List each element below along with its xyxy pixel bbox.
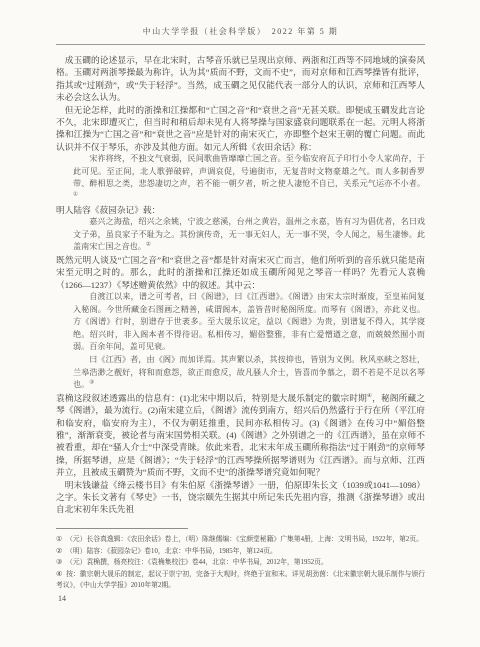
body-paragraph: 但无论怎样，此时的浙操和江操都和“亡国之音”和“衰世之音”无甚关联。即便成玉磵发…: [56, 104, 425, 154]
quote-block: 自渡江以来，谱之可考者，曰《阁谱》，曰《江西谱》。《阁谱》由宋太宗时渐废，至皇祐…: [56, 291, 425, 392]
quote-block: 宋祚将终，不独文气衰弱，民间歌曲皆靡靡亡国之音。至今临安府瓦子印行小令人家尚存，…: [56, 153, 425, 203]
footnote-marker: ①: [56, 536, 62, 543]
footnote-text: （元）袁桷撰，杨亮校注：《袁桷集校注》卷44，北京：中华书局，2012年，第19…: [66, 559, 328, 566]
footnote-item: ③（元）袁桷撰，杨亮校注：《袁桷集校注》卷44，北京：中华书局，2012年，第1…: [56, 558, 425, 569]
body-text-span: 袁桷这段叙述透露出的信息有：(1)北宋中期以后，特别是大晟乐制定的徽宗时期: [56, 393, 367, 403]
footnote-ref-1: ①: [73, 191, 78, 197]
footnote-ref-3: ③: [89, 380, 94, 386]
body-paragraph: 明人陆容《菽园杂记》载：: [56, 204, 425, 216]
footnote-marker: ③: [56, 559, 62, 566]
quote-text: 自渡江以来，谱之可考者，曰《阁谱》，曰《江西谱》。《阁谱》由宋太宗时渐废，至皇祐…: [73, 291, 425, 354]
body-paragraph: 袁桷这段叙述透露出的信息有：(1)北宋中期以后，特别是大晟乐制定的徽宗时期④，秘…: [56, 392, 425, 479]
header-rule: [56, 44, 425, 45]
quote-text-span: 嘉兴之海盐，绍兴之余姚，宁波之慈溪，台州之黄岩，温州之永嘉，皆有习为倡优者，名曰…: [73, 217, 425, 251]
page-number: 14: [58, 594, 66, 603]
body-paragraph: 既然元明人谈及“亡国之音”和“衰世之音”都是针对南宋灭亡而言，他们所听到的音乐就…: [56, 254, 425, 291]
quote-text: 嘉兴之海盐，绍兴之余姚，宁波之慈溪，台州之黄岩，温州之永嘉，皆有习为倡优者，名曰…: [73, 216, 425, 254]
footnote-marker: ②: [56, 548, 62, 555]
quote-text: 曰《江西》者，由《阁》而加详焉。其声繁以杀，其按抑也，皆别为义例。秋风巫峡之怒壮…: [73, 354, 425, 392]
footnote-marker: ④: [56, 571, 62, 578]
quote-text: 宋祚将终，不独文气衰弱，民间歌曲皆靡靡亡国之音。至今临安府瓦子印行小令人家尚存，…: [73, 153, 425, 203]
footnote-text: （元）长谷真逸辑：《农田余话》卷上，（明）陈继儒编：《宝颜堂秘籍》广集第4册，上…: [66, 536, 423, 543]
footnote-item: ④按：徽宗朝大晟乐的制定，起议于崇宁初，完备于大观时，终绝于宣和末。详见胡劲茵：…: [56, 570, 425, 592]
quote-block: 嘉兴之海盐，绍兴之余姚，宁波之慈溪，台州之黄岩，温州之永嘉，皆有习为倡优者，名曰…: [56, 216, 425, 254]
footnote-item: ②（明）陆容：《菽园杂记》卷10，北京：中华书局，1985年，第124页。: [56, 547, 425, 558]
body-paragraph: 成玉磵的论述显示，早在北宋时，古琴音乐就已呈现出京师、两浙和江西等不同地域的演奏…: [56, 54, 425, 104]
text-column: 中山大学学报（社会科学版） 2022 年第 5 期 成玉磵的论述显示，早在北宋时…: [56, 26, 425, 593]
quote-text-span: 宋祚将终，不独文气衰弱，民间歌曲皆靡靡亡国之音。至今临安府瓦子印行小令人家尚存，…: [73, 154, 425, 188]
footnote-ref-2: ②: [146, 242, 151, 248]
journal-page: 中山大学学报（社会科学版） 2022 年第 5 期 成玉磵的论述显示，早在北宋时…: [0, 0, 480, 647]
footnote-item: ①（元）长谷真逸辑：《农田余话》卷上，（明）陈继儒编：《宝颜堂秘籍》广集第4册，…: [56, 535, 425, 546]
footnote-rule: [56, 528, 188, 529]
footnote-text: （明）陆容：《菽园杂记》卷10，北京：中华书局，1985年，第124页。: [66, 548, 277, 555]
quote-text-span: 曰《江西》者，由《阁》而加详焉。其声繁以杀，其按抑也，皆别为义例。秋风巫峡之怒壮…: [73, 355, 425, 389]
running-head: 中山大学学报（社会科学版） 2022 年第 5 期: [56, 26, 425, 44]
body-paragraph: 明末钱谦益《绛云楼书目》有朱伯原《浙操琴谱》一册，伯原即朱长文（1039或104…: [56, 479, 425, 516]
body-text-span: ，秘阁所藏之琴《阁谱》，最为流行。(2)南宋建立后，《阁谱》流传到南方，绍兴后仍…: [56, 393, 425, 477]
footnote-text: 按：徽宗朝大晟乐的制定，起议于崇宁初，完备于大观时，终绝于宣和末。详见胡劲茵：《…: [56, 571, 425, 589]
